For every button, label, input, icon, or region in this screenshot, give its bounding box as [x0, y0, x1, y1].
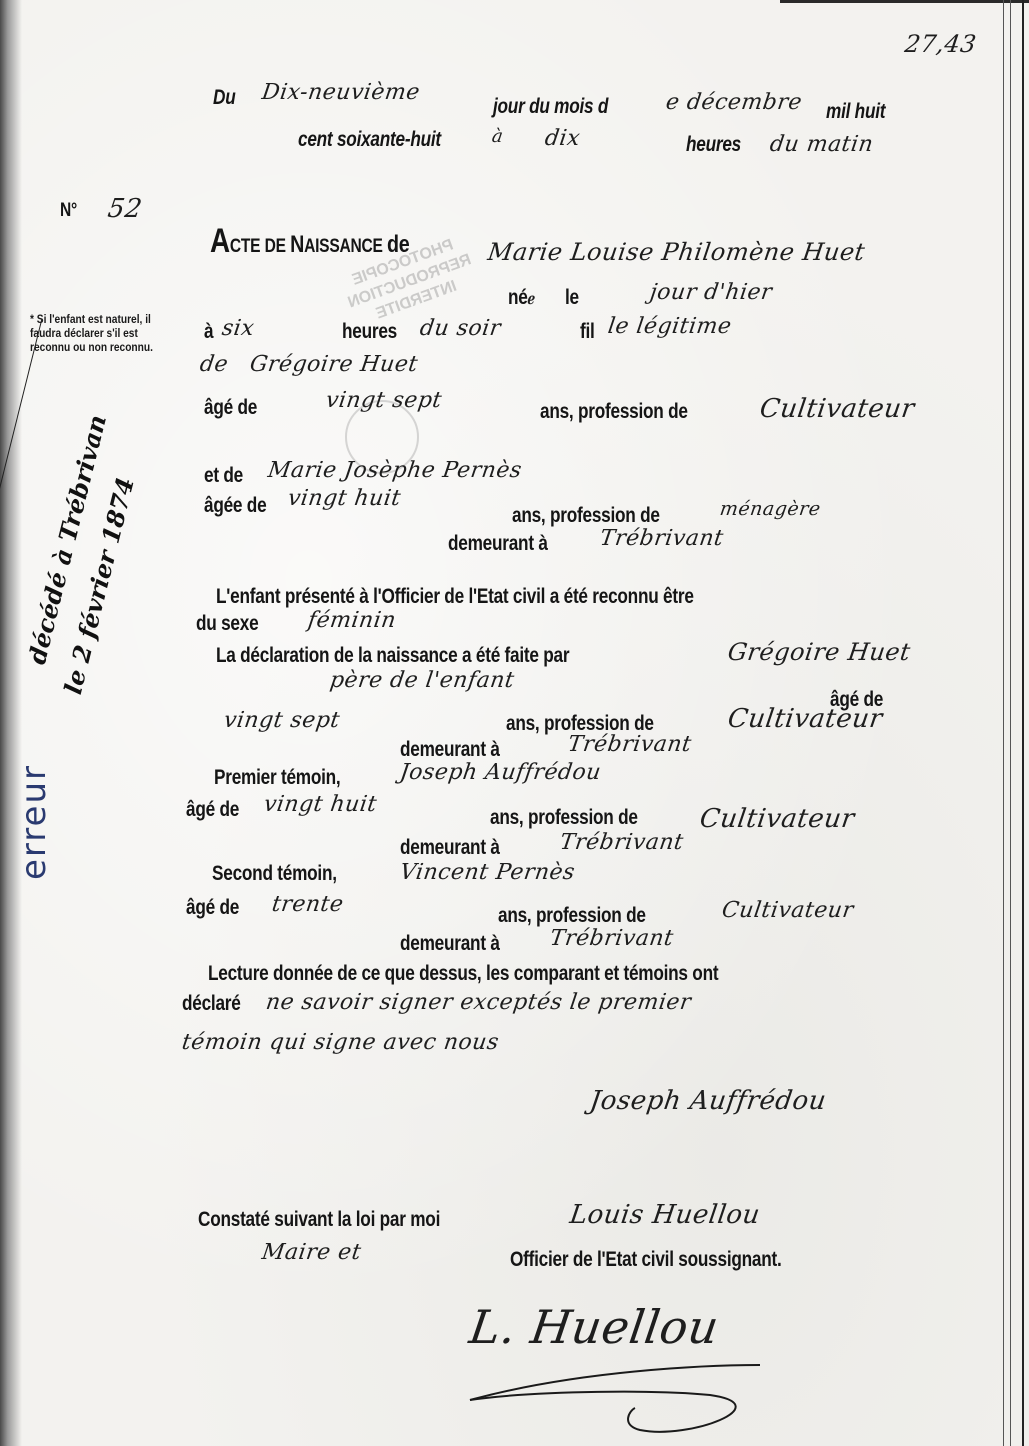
footnote-text: * Si l'enfant est naturel, il faudra déc… [30, 312, 175, 354]
binding-shadow [0, 0, 22, 1446]
mother-demeurant-label: demeurant à [448, 532, 548, 556]
officer-title: Maire et [260, 1240, 363, 1265]
reading-handwritten-line1: ne savoir signer exceptés le premier [264, 990, 693, 1015]
declarant-residence: Trébrivant [566, 732, 693, 757]
page-top-edge [780, 0, 1029, 3]
father-age: vingt sept [324, 388, 443, 413]
reading-handwritten-line2: témoin qui signe avec nous [180, 1030, 500, 1055]
witness2-label: Second témoin, [212, 862, 337, 886]
mother-profession: ménagère [718, 498, 822, 520]
header-period: du matin [768, 132, 875, 157]
nee-suffix: e [527, 289, 537, 308]
birth-a-label: à [204, 320, 213, 344]
header-hour: dix [543, 126, 582, 151]
birth-heures-label: heures [342, 320, 397, 344]
witness2-demeurant-label: demeurant à [400, 932, 500, 956]
attestation-line2: Officier de l'Etat civil soussignant. [510, 1248, 782, 1272]
witness1-age-label: âgé de [186, 798, 239, 822]
witness1-demeurant-label: demeurant à [400, 836, 500, 860]
header-cent-soixante-huit: cent soixante-huit [298, 128, 441, 152]
record-number-label: N° [60, 200, 77, 222]
witness2-age-label: âgé de [186, 896, 239, 920]
title-acte-rest: CTE [230, 236, 260, 257]
title-de: DE [265, 236, 286, 257]
mother-age-label: âgée de [204, 494, 266, 518]
witness1-age: vingt huit [262, 792, 378, 817]
le-label: le [565, 286, 579, 310]
witness1-profession-label: ans, profession de [490, 806, 638, 830]
witness1-profession: Cultivateur [698, 804, 857, 834]
birth-period: du soir [418, 316, 502, 341]
title-naissance-rest: AISSANCE [304, 236, 383, 257]
attestation-line1: Constaté suivant la loi par moi [198, 1208, 440, 1232]
page-edge-line [1010, 0, 1011, 1446]
witness2-residence: Trébrivant [548, 926, 675, 951]
title-acte-initial: A [210, 222, 230, 260]
father-name: Grégoire Huet [248, 352, 419, 377]
header-du: Du [213, 86, 235, 110]
officer-name: Louis Huellou [568, 1200, 762, 1230]
witness-signature: Joseph Auffrédou [588, 1086, 828, 1116]
margin-erreur-note: erreur [14, 764, 54, 880]
title-de2: de [387, 231, 409, 258]
birth-date: jour d'hier [648, 280, 774, 305]
reading-declare-label: déclaré [182, 992, 241, 1016]
nee-text: né [508, 286, 528, 309]
header-jour-du-mois: jour du mois d [493, 95, 608, 119]
archive-reference: 27,43 [903, 30, 978, 58]
declarant-age: vingt sept [222, 708, 341, 733]
mother-age: vingt huit [286, 486, 402, 511]
document-title: ACTE DE NAISSANCE de [210, 222, 409, 261]
child-name: Marie Louise Philomène Huet [486, 238, 867, 266]
record-number-value: 52 [106, 194, 144, 224]
title-naissance-initial: N [290, 231, 304, 258]
header-day: Dix-neuvième [260, 80, 421, 105]
father-prefix: de [198, 352, 230, 377]
page-edge-line [1022, 0, 1024, 1446]
mother-name: Marie Josèphe Pernès [266, 458, 523, 483]
signature-flourish [460, 1360, 800, 1440]
witness2-age: trente [270, 892, 345, 917]
officer-signature: L. Huellou [466, 1300, 722, 1354]
declarant-relation: père de l'enfant [328, 668, 516, 693]
fils-label: fil [580, 320, 595, 344]
mother-profession-label: ans, profession de [512, 504, 660, 528]
father-profession: Cultivateur [758, 394, 917, 424]
header-heures: heures [686, 133, 741, 157]
header-month: e décembre [664, 90, 803, 115]
declarant-statement: La déclaration de la naissance a été fai… [216, 644, 569, 668]
mother-et-de: et de [204, 464, 243, 488]
witness1-residence: Trébrivant [558, 830, 685, 855]
witness2-profession-label: ans, profession de [498, 904, 646, 928]
witness1-name: Joseph Auffrédou [398, 760, 603, 785]
declarant-profession: Cultivateur [726, 704, 885, 734]
witness2-profession: Cultivateur [720, 898, 855, 923]
page-edge-line [1003, 0, 1004, 1446]
header-mil-huit: mil huit [826, 100, 885, 124]
sex-statement: L'enfant présenté à l'Officier de l'Etat… [216, 585, 694, 609]
mother-residence: Trébrivant [598, 526, 725, 551]
father-profession-label: ans, profession de [540, 400, 688, 424]
witness1-label: Premier témoin, [214, 766, 340, 790]
sex-label: du sexe [196, 612, 258, 636]
nee-label: née [508, 286, 536, 310]
sex-value: féminin [306, 608, 397, 633]
father-age-label: âgé de [204, 396, 257, 420]
footnote-margin: * Si l'enfant est naturel, il faudra déc… [30, 312, 175, 354]
reading-statement: Lecture donnée de ce que dessus, les com… [208, 962, 718, 986]
birth-hour: six [220, 316, 256, 341]
witness2-name: Vincent Pernès [398, 860, 576, 885]
filiation: le légitime [606, 314, 733, 339]
declarant-demeurant-label: demeurant à [400, 738, 500, 762]
declarant-name: Grégoire Huet [726, 638, 912, 666]
